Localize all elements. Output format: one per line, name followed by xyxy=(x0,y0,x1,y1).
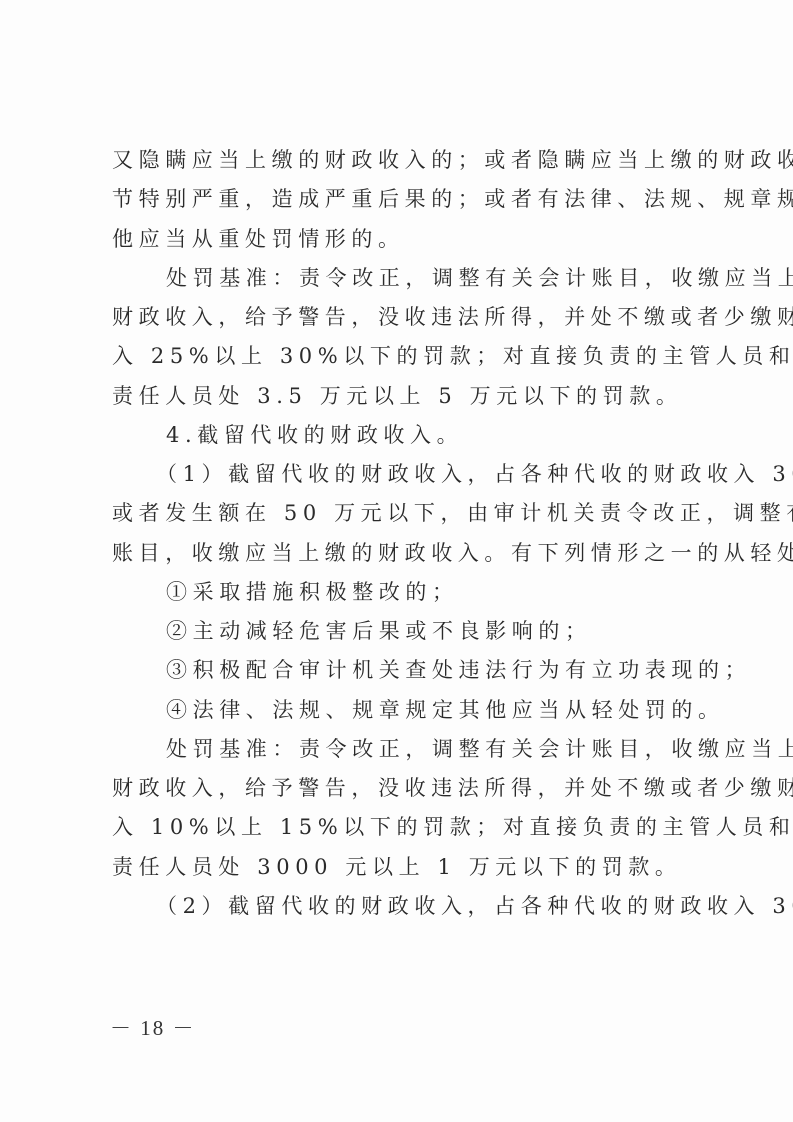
text-line: 又隐瞒应当上缴的财政收入的；或者隐瞒应当上缴的财政收入情 xyxy=(112,141,712,180)
text-line: 入 25%以上 30%以下的罚款；对直接负责的主管人员和其他直接 xyxy=(112,337,712,376)
list-item: ③积极配合审计机关查处违法行为有立功表现的； xyxy=(112,651,712,690)
subsection-paragraph: （1）截留代收的财政收入，占各种代收的财政收入 30%以下， xyxy=(112,455,712,494)
text-line: 财政收入，给予警告，没收违法所得，并处不缴或者少缴财政收 xyxy=(112,298,712,337)
penalty-standard-paragraph: 处罚基准：责令改正，调整有关会计账目，收缴应当上缴的 xyxy=(112,259,712,298)
list-item: ①采取措施积极整改的； xyxy=(112,573,712,612)
text-line: 财政收入，给予警告，没收违法所得，并处不缴或者少缴财政收 xyxy=(112,769,712,808)
page-number: － 18 － xyxy=(110,1012,196,1042)
penalty-standard-paragraph: 处罚基准：责令改正，调整有关会计账目，收缴应当上缴的 xyxy=(112,730,712,769)
document-body: 又隐瞒应当上缴的财政收入的；或者隐瞒应当上缴的财政收入情 节特别严重，造成严重后… xyxy=(112,141,712,926)
text-line: 节特别严重，造成严重后果的；或者有法律、法规、规章规定其 xyxy=(112,180,712,219)
text-line: 入 10%以上 15%以下的罚款；对直接负责的主管人员和其他直接 xyxy=(112,808,712,847)
text-line: 责任人员处 3000 元以上 1 万元以下的罚款。 xyxy=(112,848,712,887)
text-line: 责任人员处 3.5 万元以上 5 万元以下的罚款。 xyxy=(112,377,712,416)
text-line: 或者发生额在 50 万元以下，由审计机关责令改正，调整有关会计 xyxy=(112,494,712,533)
text-line: 他应当从重处罚情形的。 xyxy=(112,220,712,259)
list-item: ④法律、法规、规章规定其他应当从轻处罚的。 xyxy=(112,691,712,730)
section-heading: 4.截留代收的财政收入。 xyxy=(112,416,712,455)
text-line: 账目，收缴应当上缴的财政收入。有下列情形之一的从轻处罚： xyxy=(112,534,712,573)
list-item: ②主动减轻危害后果或不良影响的； xyxy=(112,612,712,651)
subsection-paragraph: （2）截留代收的财政收入，占各种代收的财政收入 30%以上 xyxy=(112,887,712,926)
